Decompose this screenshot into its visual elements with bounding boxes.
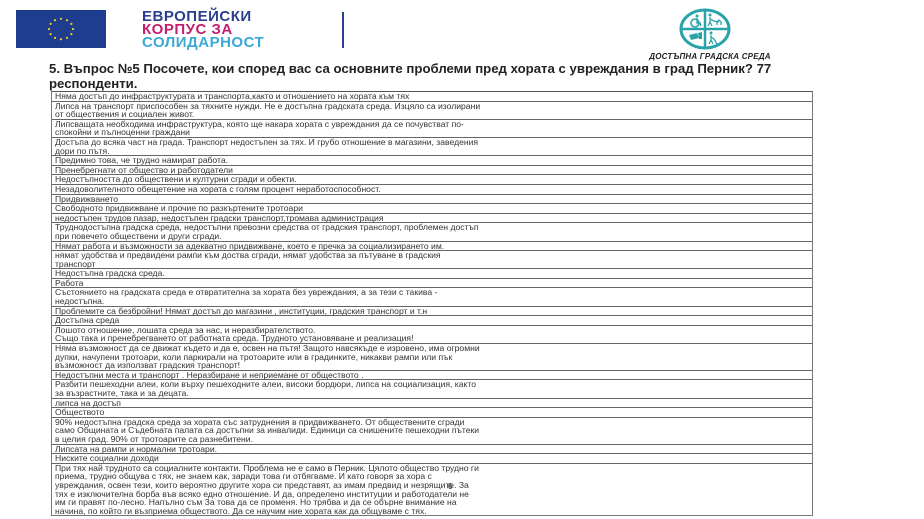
- table-row: Проблемите са безбройни! Нямат достъп до…: [52, 307, 812, 317]
- document-page: ЕВРОПЕЙСКИ КОРПУС ЗА СОЛИДАРНОСТ: [0, 0, 924, 519]
- guide-dog-icon: [708, 14, 721, 27]
- wheelchair-icon: [691, 15, 701, 28]
- table-row: Липсата на рампи и нормални тротоари.: [52, 445, 812, 455]
- hearing-sign-icon: [689, 32, 702, 40]
- table-row: Разбити пешеходни алеи, коли върху пешех…: [52, 380, 812, 398]
- accessible-city-caption: ДОСТЪПНА ГРАДСКА СРЕДА: [600, 52, 820, 61]
- blind-cane-icon: [709, 32, 717, 45]
- table-row: Лошото отношение, лошата среда за нас, и…: [52, 326, 812, 344]
- responses-table: Няма достъп до инфраструктурата и трансп…: [51, 91, 813, 516]
- accessible-city-logo: [679, 8, 731, 50]
- table-row: Няма възможност да се движат където и да…: [52, 344, 812, 371]
- table-row: Липса на транспорт приспособен за тяхнит…: [52, 102, 812, 120]
- table-row: нямат удобства и предвидени рампи към до…: [52, 251, 812, 269]
- table-row: липса на достъп: [52, 399, 812, 409]
- page-number: 6: [448, 482, 452, 491]
- european-solidarity-corps-logo: ЕВРОПЕЙСКИ КОРПУС ЗА СОЛИДАРНОСТ: [142, 10, 264, 49]
- table-row: При тях най трудното са социалните конта…: [52, 464, 812, 517]
- table-row: Труднодостъпна градска среда, недостъпни…: [52, 223, 812, 241]
- logo-divider: [342, 12, 344, 48]
- table-row: Липсващата необходима инфраструктура, ко…: [52, 120, 812, 138]
- eu-flag-logo: [16, 10, 106, 48]
- table-row: Недостъпна градска среда.: [52, 269, 812, 279]
- question-title: 5. Въпрос №5 Посочете, кои според вас са…: [49, 61, 809, 91]
- table-row: Състоянието на градската среда е отврати…: [52, 288, 812, 306]
- table-row: Достъпа до всяка част на града. Транспор…: [52, 138, 812, 156]
- table-row: 90% недостъпна градска среда за хората с…: [52, 418, 812, 445]
- logo-line-3: СОЛИДАРНОСТ: [142, 36, 264, 49]
- table-row: Незадоволителното обещетение на хората с…: [52, 185, 812, 195]
